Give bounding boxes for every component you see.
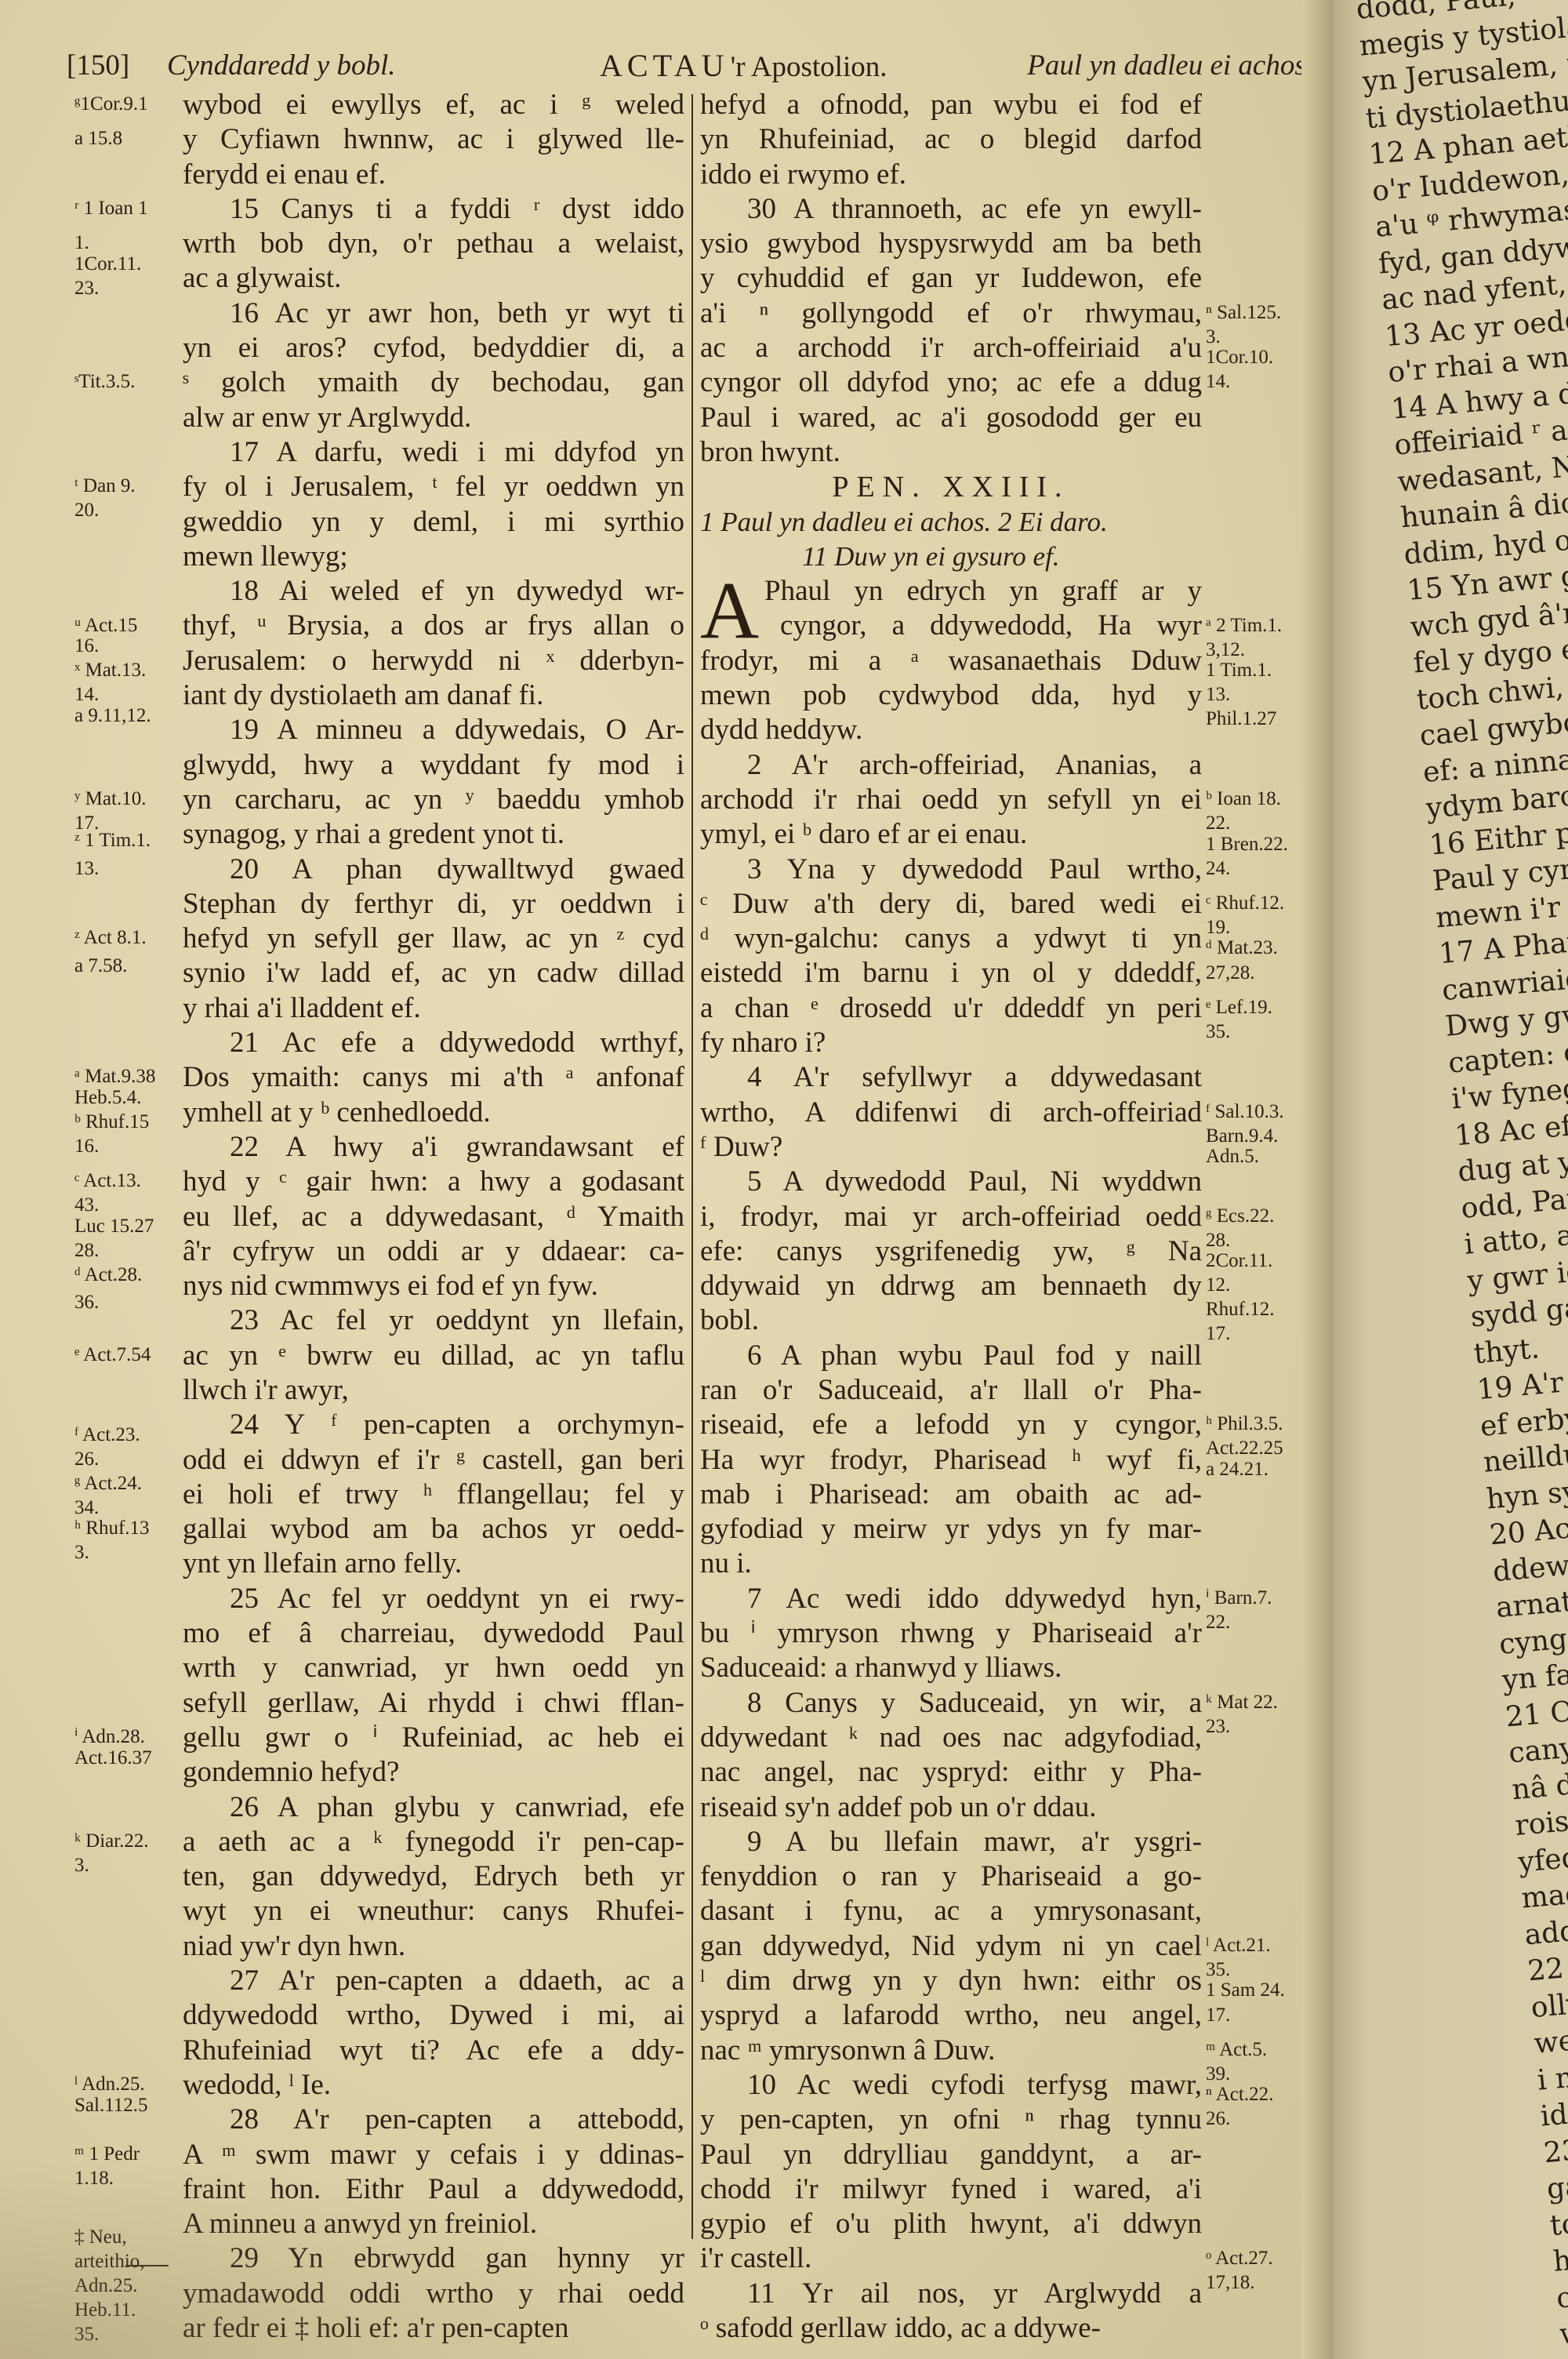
text-line: efe: canys ysgrifenedig yw, ᵍ Na [700,1234,1202,1269]
cross-reference-note: a 7.58. [74,956,127,976]
cross-reference-note: ʰ Phil.3.5. [1206,1414,1283,1434]
cross-reference-note: 14. [74,685,99,705]
facing-page: dodd, Paul,megis y tystiolaethaiyn Jerus… [1333,0,1568,2359]
cross-reference-note: Heb.11. [74,2300,136,2321]
text-line: glwydd, hwy a wyddant fy mod i [183,748,684,783]
cross-reference-note: Act.16.37 [74,1748,152,1768]
text-line: ddywedodd wrtho, Dywed i mi, ai [183,1998,684,2033]
text-line: ac a archodd i'r arch-offeiriaid a'u [700,331,1202,365]
cross-reference-note: Phil.1.27 [1206,709,1276,729]
text-line: Rhufeiniad wyt ti? Ac efe a ddy- [183,2034,684,2068]
cross-reference-note: 1 Bren.22. [1206,834,1288,855]
cross-reference-note: 34. [74,1498,99,1518]
cross-reference-note: Adn.25. [74,2276,138,2296]
cross-reference-note: a 15.8 [74,129,122,149]
book-title-main: ACTAU [600,48,729,83]
cross-reference-note: ˡ Act.21. [1206,1936,1271,1956]
text-line: a chan ᵉ drosedd u'r ddeddf yn peri [700,991,1202,1026]
text-line: bobl. [700,1303,1202,1338]
book-title: ACTAU'r Apostolion. [600,47,887,84]
text-line: A ᵐ swm mawr y cefais i y ddinas- [183,2138,684,2172]
text-line: fy ol i Jerusalem, ᵗ fel yr oeddwn yn [183,470,684,504]
cross-reference-note: 1Cor.10. [1206,347,1273,368]
text-line: sefyll gerllaw, Ai rhydd i chwi fflan- [183,1686,684,1721]
cross-reference-note: 26. [1206,2109,1230,2129]
text-line: synagog, y rhai a gredent ynot ti. [183,817,684,852]
cross-reference-note: ᵇ Ioan 18. [1206,789,1281,809]
text-line: chodd i'r milwyr fyned i wared, a'i [700,2172,1202,2207]
text-line: yn Rhufeiniad, ac o blegid darfod [700,122,1202,157]
bible-page: [150] Cynddaredd y bobl. ACTAU'r Apostol… [0,0,1325,2359]
cross-reference-note: ᵃ Mat.9.38 [74,1067,155,1087]
text-line: gondemnio hefyd? [183,1755,684,1790]
chapter-summary-line-1: 1 Paul yn dadleu ei achos. 2 Ei daro. [700,505,1202,540]
verse-start-line: 28 A'r pen-capten a attebodd, [183,2103,684,2137]
verse-start-line: 17 A darfu, wedi i mi ddyfod yn [183,435,684,470]
verse-start-line: 10 Ac wedi cyfodi terfysg mawr, [700,2068,1202,2103]
text-line: Stephan dy ferthyr di, yr oeddwn i [183,887,684,921]
text-line: riseaid, efe a lefodd yn y cyngor, [700,1408,1202,1442]
text-line: alw ar enw yr Arglwydd. [183,401,684,435]
cross-reference-note: a 9.11,12. [74,706,151,726]
cross-reference-note: 26. [74,1449,99,1470]
cross-reference-note: ᵗ Dan 9. [74,476,136,496]
cross-reference-note: 1. [74,233,89,253]
text-line: wrth y canwriad, yr hwn oedd yn [183,1651,684,1685]
text-line: riseaid sy'n addef pob un o'r ddau. [700,1790,1202,1825]
cross-reference-note: 16. [74,636,99,656]
text-line: a aeth ac a ᵏ fynegodd i'r pen-cap- [183,1825,684,1859]
text-line: ymyl, ei ᵇ daro ef ar ei enau. [700,817,1202,852]
cross-reference-note: ᵏ Mat 22. [1206,1692,1278,1713]
cross-reference-note: Act.22.25 [1206,1438,1283,1459]
text-line: ˢ golch ymaith dy bechodau, gan [183,365,684,400]
text-line: thyf, ᵘ Brysia, a dos ar frys allan o [183,609,684,643]
cross-reference-note: 19. [1206,918,1230,938]
running-header: [150] Cynddaredd y bobl. ACTAU'r Apostol… [67,49,1313,88]
cross-reference-note: ᶠ Act.23. [74,1425,140,1445]
cross-reference-note: ⁿ Sal.125. [1206,303,1281,323]
book-title-suffix: 'r Apostolion. [731,51,887,83]
middle-text-column: hefyd a ofnodd, pan wybu ei fod efyn Rhu… [700,88,1202,2346]
cross-reference-note: 23. [74,278,99,299]
chapter-opening: A Phaul yn edrych yn graff ar y cyngor, … [700,574,1202,644]
cross-reference-note: ‡ Neu, [74,2227,127,2248]
verse-start-line: 8 Canys y Saduceaid, yn wir, a [700,1686,1202,1721]
cross-reference-note: ᶠ Sal.10.3. [1206,1102,1284,1122]
text-line: Paul yn ddrylliau ganddynt, a ar- [700,2138,1202,2172]
text-line: Saduceaid: a rhanwyd y lliaws. [700,1651,1202,1685]
drop-cap: A [700,576,759,646]
text-line: ˡ dim drwg yn y dyn hwn: eithr os [700,1964,1202,1998]
cross-reference-note: ᵍ1Cor.9.1 [74,94,148,114]
cross-reference-note: ⁱ Barn.7. [1206,1588,1272,1608]
text-line: eu llef, ac a ddywedasant, ᵈ Ymaith [183,1200,684,1234]
text-line: ymadawodd oddi wrtho y rhai oedd [183,2277,684,2311]
cross-reference-note: 35. [1206,1960,1230,1980]
left-text-column: wybod ei ewyllys ef, ac i ᵍ weledy Cyfia… [183,88,684,2346]
cross-reference-note: 39. [1206,2064,1230,2085]
text-line: ᵒ safodd gerllaw iddo, ac a ddywe- [700,2311,1202,2346]
cross-reference-note: 27,28. [1206,963,1255,983]
text-line: odd ei ddwyn ef i'r ᵍ castell, gan beri [183,1443,684,1478]
text-line: nac angel, nac yspryd: eithr y Pha- [700,1755,1202,1790]
verse-start-line: 5 A dywedodd Paul, Ni wyddwn [700,1165,1202,1199]
text-line: Paul i wared, ac a'i gosododd ger eu [700,401,1202,435]
cross-reference-note: 3,12. [1206,640,1245,660]
text-line: ten, gan ddywedyd, Edrych beth yr [183,1859,684,1894]
text-line: fenyddion o ran y Phariseaid a go- [700,1859,1202,1894]
opening-line-2: cyngor, a ddywedodd, Ha wyr [764,609,1202,643]
cross-reference-note: ᶻ 1 Tim.1. [74,831,151,851]
cross-reference-note: ᶜ Rhuf.12. [1206,893,1284,914]
text-line: eistedd i'm barnu i yn ol y ddeddf, [700,956,1202,990]
cross-reference-note: 43. [74,1195,99,1216]
text-line: yn carcharu, ac yn ʸ baeddu ymhob [183,783,684,817]
text-line: gellu gwr o ⁱ Rufeiniad, ac heb ei [183,1721,684,1755]
text-line: gyfodiad y meirw yr ydys yn fy mar- [700,1512,1202,1547]
cross-reference-note: 12. [1206,1275,1230,1296]
text-line: iant dy dystiolaeth am danaf fi. [183,678,684,713]
text-line: Ha wyr frodyr, Pharisead ʰ wyf fi, [700,1443,1202,1478]
text-line: mo ef â charreiau, dywedodd Paul [183,1616,684,1651]
text-line: y rhai a'i lladdent ef. [183,991,684,1026]
text-line: mewn llewyg; [183,540,684,574]
cross-reference-note: 17. [1206,1324,1230,1344]
cross-reference-note: 3. [1206,327,1221,347]
cross-reference-note: 35. [1206,1022,1230,1042]
cross-reference-note: ʳ 1 Ioan 1 [74,198,148,219]
verse-start-line: 26 A phan glybu y canwriad, efe [183,1790,684,1825]
verse-start-line: 15 Canys ti a fyddi ʳ dyst iddo [183,192,684,227]
cross-reference-note: Luc 15.27 [74,1216,154,1237]
verse-start-line: 9 A bu llefain mawr, a'r ysgri- [700,1825,1202,1859]
text-line: mewn pob cydwybod dda, hyd y [700,678,1202,713]
cross-reference-note: ʰ Rhuf.13 [74,1518,150,1539]
text-line: ddywaid yn ddrwg am bennaeth dy [700,1269,1202,1303]
text-line: y pen-capten, yn ofni ⁿ rhag tynnu [700,2103,1202,2137]
cross-reference-note: Adn.5. [1206,1147,1259,1167]
cross-reference-note: ᵍ Ecs.22. [1206,1206,1274,1227]
cross-reference-note: ᵉ Lef.19. [1206,998,1272,1018]
opening-line-1: Phaul yn edrych yn graff ar y [764,574,1202,609]
cross-reference-note: Sal.112.5 [74,2095,148,2116]
text-line: niad yw'r dyn hwn. [183,1929,684,1964]
cross-reference-note: ᵈ Act.28. [74,1265,142,1285]
cross-reference-note: 3. [74,1543,89,1563]
text-line: nys nid cwmmwys ei fod ef yn fyw. [183,1269,684,1303]
cross-reference-note: ᵐ 1 Pedr [74,2144,140,2165]
cross-reference-note: 3. [74,1856,89,1876]
cross-reference-note: ᶻ Act 8.1. [74,928,147,948]
facing-page-text: dodd, Paul,megis y tystiolaethaiyn Jerus… [1355,0,1568,2354]
cross-reference-note: ᵘ Act.15 [74,616,137,636]
text-line: archodd i'r rhai oedd yn sefyll yn ei [700,783,1202,817]
text-line: y cyhuddid ef gan yr Iuddewon, efe [700,261,1202,296]
verse-start-line: 29 Yn ebrwydd gan hynny yr [183,2241,684,2276]
cross-reference-note: ʸ Mat.10. [74,789,146,809]
cross-reference-note: ᵒ Act.27. [1206,2248,1273,2269]
verse-start-line: 20 A phan dywalltwyd gwaed [183,852,684,887]
text-line: ᵈ wyn-galchu: canys a ydwyt ti yn [700,921,1202,956]
verse-start-line: 25 Ac fel yr oeddynt yn ei rwy- [183,1582,684,1616]
verse-start-line: 19 A minneu a ddywedais, O Ar- [183,713,684,747]
cross-reference-note: ⁿ Act.22. [1206,2085,1273,2105]
cross-reference-note: 16. [74,1136,99,1157]
cross-reference-note: ᵉ Act.7.54 [74,1345,151,1365]
text-line: hefyd a ofnodd, pan wybu ei fod ef [700,88,1202,122]
text-line: wrtho, A ddifenwi di arch-offeiriad [700,1096,1202,1130]
cross-reference-note: ˢTit.3.5. [74,372,135,392]
text-line: wedodd, ˡ Ie. [183,2068,684,2103]
cross-reference-note: 23. [1206,1717,1230,1737]
text-line: nac ᵐ ymrysonwn â Duw. [700,2034,1202,2068]
text-line: nu i. [700,1547,1202,1581]
cross-reference-note: ᶜ Act.13. [74,1171,141,1191]
cross-reference-note: 22. [1206,813,1230,834]
cross-reference-note: 2Cor.11. [1206,1251,1272,1271]
page-number: [150] [67,49,129,82]
cross-reference-note: Barn.9.4. [1206,1126,1278,1147]
cross-reference-note: 1 Sam 24. [1206,1980,1285,2001]
cross-reference-note: ˣ Mat.13. [74,660,146,681]
text-line: Dos ymaith: canys mi a'th ᵃ anfonaf [183,1060,684,1095]
right-running-caption: Paul yn dadleu ei achos. [1027,49,1313,82]
cross-reference-note: 24. [1206,859,1230,879]
cross-reference-note: ᵏ Diar.22. [74,1831,149,1852]
cross-reference-note: ˡ Adn.25. [74,2074,145,2095]
text-line: ᶠ Duw? [700,1130,1202,1165]
chapter-22-ending: hefyd a ofnodd, pan wybu ei fod efyn Rhu… [700,88,1202,470]
text-line: â'r cyfryw un oddi ar y ddaear: ca- [183,1234,684,1269]
cross-reference-note: ᵇ Rhuf.15 [74,1112,149,1132]
text-line: fraint hon. Eithr Paul a ddywedodd, [183,2172,684,2207]
text-line: iddo ei rwymo ef. [700,158,1202,192]
text-line: wybod ei ewyllys ef, ac i ᵍ weled [183,88,684,122]
verse-start-line: 27 A'r pen-capten a ddaeth, ac a [183,1964,684,1998]
verse-start-line: 22 A hwy a'i gwrandawsant ef [183,1130,684,1165]
text-line: gweddio yn y deml, i mi syrthio [183,505,684,540]
cross-reference-note: 36. [74,1292,99,1313]
verse-start-line: 2 A'r arch-offeiriad, Ananias, a [700,748,1202,783]
verse-start-line: 4 A'r sefyllwyr a ddywedasant [700,1060,1202,1095]
text-line: gallai wybod am ba achos yr oedd- [183,1512,684,1547]
text-line: cyngor oll ddyfod yno; ac efe a ddug [700,365,1202,400]
text-line: fy nharo i? [700,1026,1202,1060]
text-line: hyd y ᶜ gair hwn: a hwy a godasant [183,1165,684,1199]
text-line: i, frodyr, mai yr arch-offeiriad oedd [700,1200,1202,1234]
cross-reference-note: 20. [74,500,99,521]
chapter-23-verses: frodyr, mi a ᵃ wasanaethais Dduwmewn pob… [700,644,1202,2346]
verse-start-line: 18 Ai weled ef yn dywedyd wr- [183,574,684,609]
verse-start-line: 30 A thrannoeth, ac efe yn ewyll- [700,192,1202,227]
cross-reference-note: 28. [1206,1230,1230,1251]
text-line: wrth bob dyn, o'r pethau a welaist, [183,227,684,261]
text-line: A minneu a anwyd yn freiniol. [183,2207,684,2241]
text-line: llwch i'r awyr, [183,1373,684,1408]
text-line: i'r castell. [700,2241,1202,2276]
verse-start-line: 21 Ac efe a ddywedodd wrthyf, [183,1026,684,1060]
cross-reference-note: Heb.5.4. [74,1088,141,1108]
cross-reference-note: 1Cor.11. [74,254,141,274]
text-line: ymhell at y ᵇ cenhedloedd. [183,1096,684,1130]
text-line: gan ddywedyd, Nid ydym ni yn cael [700,1929,1202,1964]
cross-reference-note: ⁱ Adn.28. [74,1727,145,1747]
text-line: ran o'r Saduceaid, a'r llall o'r Pha- [700,1373,1202,1408]
text-line: yspryd a lafarodd wrtho, neu angel, [700,1998,1202,2033]
verse-start-line: 6 A phan wybu Paul fod y naill [700,1339,1202,1373]
text-line: yn ei aros? cyfod, bedyddier di, a [183,331,684,365]
verse-start-line: 23 Ac fel yr oeddynt yn llefain, [183,1303,684,1338]
cross-reference-note: arteithio, [74,2252,145,2272]
text-line: bu ⁱ ymryson rhwng y Phariseaid a'r [700,1616,1202,1651]
cross-reference-note: ᵐ Act.5. [1206,2040,1267,2060]
text-line: gypio ef o'u plith hwynt, a'i ddwyn [700,2207,1202,2241]
text-line: bron hwynt. [700,435,1202,470]
text-line: ferydd ei enau ef. [183,158,684,192]
cross-reference-note: 13. [1206,685,1230,705]
text-line: wyt yn ei wneuthur: canys Rhufei- [183,1894,684,1928]
end-of-column-rule [125,2265,169,2266]
cross-reference-note: 17,18. [1206,2273,1255,2293]
text-line: ysio gwybod hyspysrwydd am ba beth [700,227,1202,261]
cross-reference-note: a 24.21. [1206,1459,1269,1480]
cross-reference-note: 1 Tim.1. [1206,660,1272,681]
cross-reference-note: 14. [1206,372,1230,392]
chapter-heading: PEN. XXIII. [700,470,1202,504]
cross-reference-note: 35. [74,2324,99,2345]
text-line: y Cyfiawn hwnnw, ac i glywed lle- [183,122,684,157]
column-divider-rule [691,94,693,2239]
verse-start-line: 3 Yna y dywedodd Paul wrtho, [700,852,1202,887]
verse-start-line: 7 Ac wedi iddo ddywedyd hyn, [700,1582,1202,1616]
verse-start-line: 11 Yr ail nos, yr Arglwydd a [700,2277,1202,2311]
cross-reference-note: 1.18. [74,2168,114,2189]
verse-start-line: 24 Y ᶠ pen-capten a orchymyn- [183,1408,684,1442]
chapter-summary-line-2: 11 Duw yn ei gysuro ef. [700,540,1202,574]
text-line: ei holi ef trwy ʰ fflangellau; fel y [183,1478,684,1512]
cross-reference-note: 28. [74,1241,99,1261]
text-line: synio i'w ladd ef, ac yn cadw dillad [183,956,684,990]
cross-reference-note: 22. [1206,1612,1230,1633]
text-line: ac yn ᵉ bwrw eu dillad, ac yn taflu [183,1339,684,1373]
text-line: frodyr, mi a ᵃ wasanaethais Dduw [700,644,1202,678]
text-line: Jerusalem: o herwydd ni ˣ dderbyn- [183,644,684,678]
text-line: ar fedr ei ‡ holi ef: a'r pen-capten [183,2311,684,2346]
cross-reference-note: ᵈ Mat.23. [1206,938,1278,958]
cross-reference-note: ᵍ Act.24. [74,1474,142,1494]
text-line: ac a glywaist. [183,261,684,296]
cross-reference-note: Rhuf.12. [1206,1299,1275,1320]
text-line: dasant i fynu, ac a ymrysonasant, [700,1894,1202,1928]
text-line: hefyd yn sefyll ger llaw, ac yn ᶻ cyd [183,921,684,956]
verse-start-line: 16 Ac yr awr hon, beth yr wyt ti [183,296,684,331]
text-line: ynt yn llefain arno felly. [183,1547,684,1581]
text-line: dydd heddyw. [700,713,1202,747]
cross-reference-note: ᵃ 2 Tim.1. [1206,616,1282,636]
text-line: a'i ⁿ gollyngodd ef o'r rhwymau, [700,296,1202,331]
cross-reference-note: 13. [74,859,99,879]
cross-reference-note: 17. [1206,2005,1230,2026]
text-line: ddywedant ᵏ nad oes nac adgyfodiad, [700,1721,1202,1755]
left-running-caption: Cynddaredd y bobl. [167,49,396,82]
text-line: mab i Pharisead: am obaith ac ad- [700,1478,1202,1512]
text-line: ᶜ Duw a'th dery di, bared wedi ei [700,887,1202,921]
